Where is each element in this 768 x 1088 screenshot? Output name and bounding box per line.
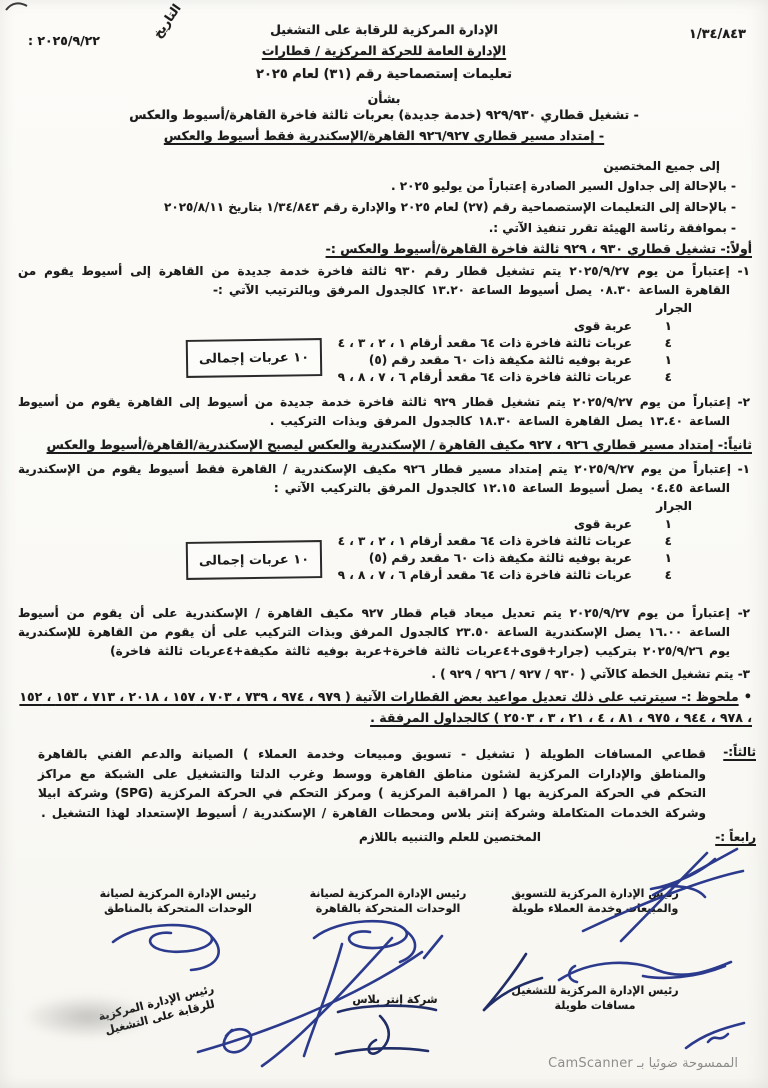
section4-body: المختصين للعلم والتنبيه باللازم: [335, 830, 565, 844]
document-title: تعليمات إستصماحية رقم (٣١) لعام ٢٠٢٥: [214, 67, 554, 82]
wagon-qty: ١: [632, 352, 672, 369]
wagon-qty: ١: [632, 550, 672, 567]
signature-scrawl-camscanner-mark: [680, 1018, 752, 1054]
wagon-desc: عربات ثالثة فاخرة ذات ٦٤ مقعد أرقام ٦ ، …: [338, 369, 632, 386]
section3-body: قطاعي المسافات الطويلة ( تشغيل - تسويق و…: [38, 745, 706, 823]
wagon-desc: عربات ثالثة فاخرة ذات ٦٤ مقعد أرقام ٦ ، …: [338, 567, 632, 584]
reference-item-3: - بموافقة رئاسة الهيئة تقرر تنفيذ الآتي …: [489, 221, 736, 235]
signature-scrawl-row2-mid: [330, 1000, 450, 1062]
subject-line-2: - إمتداد مسير قطاري ٩٢٦/٩٢٧ القاهرة/الإس…: [84, 128, 684, 143]
wagon-qty: ٤: [632, 335, 672, 352]
section1-total-wagons-box: ١٠ عربات إجمالى: [186, 338, 323, 378]
note-text: ملحوظ :- سيترتب على ذلك تعديل مواعيد بعض…: [19, 689, 752, 725]
wagon-qty: ١: [632, 516, 672, 533]
section4-label: رابعاً :-: [715, 830, 756, 844]
wagon-qty: ٤: [632, 533, 672, 550]
date-label: التاريخ: [150, 1, 183, 40]
scanned-document-page: ١/٣٤/٨٤٣ : ٢٠٢٥/٩/٢٢ التاريخ الإدارة الم…: [0, 0, 768, 1088]
signature-scrawl-row1-right: [555, 843, 750, 943]
reference-item-2: - بالإحالة إلى التعليمات الإستصماحية رقم…: [164, 200, 736, 214]
signature-title-line: رئيس الإدارة المركزية لصيانة: [68, 886, 288, 901]
section2-total-wagons-box: ١٠ عربات إجمالى: [186, 540, 323, 580]
wagon-desc: عربات ثالثة فاخرة ذات ٦٤ مقعد أرقام ١ ، …: [338, 335, 632, 352]
wagon-qty: ١: [632, 318, 672, 335]
section2-item1: ١- إعتباراً من يوم ٢٠٢٥/٩/٢٧ يتم إمتداد …: [18, 460, 750, 498]
note-block: • ملحوظ :- سيترتب على ذلك تعديل مواعيد ب…: [14, 686, 752, 728]
wagon-desc: عربة قوى: [574, 516, 632, 533]
section3-label: ثالثاً:-: [723, 745, 756, 759]
section2-heading: ثانياً:- إمتداد مسير قطاري ٩٢٦ ، ٩٢٧ مكي…: [47, 437, 752, 452]
salutation: إلى جميع المختصين: [603, 159, 720, 173]
signature-scrawl-check: [470, 948, 550, 1018]
header-regarding: بشأن: [214, 91, 554, 106]
date-value: : ٢٠٢٥/٩/٢٢: [28, 33, 100, 48]
composition-row: ١ عربة قوى: [232, 318, 672, 335]
section2-item3: ٣- يتم تشغيل الخطة كالآتي ( ٩٣٠ / ٩٢٧ / …: [431, 667, 750, 681]
composition-row: ١ عربة قوى: [232, 516, 672, 533]
header-admin-line1: الإدارة المركزية للرقابة على التشغيل: [214, 22, 554, 37]
scan-smudge: [22, 995, 154, 1039]
section1-item1: ١- إعتباراً من يوم ٢٠٢٥/٩/٢٧ يتم تشغيل ق…: [18, 262, 750, 300]
signature-scrawl-row2-right: [545, 950, 745, 992]
section2-item2: ٢- إعتباراً من يوم ٢٠٢٥/٩/٢٧ يتم تعديل م…: [18, 604, 750, 661]
wagon-desc: عربة قوى: [574, 318, 632, 335]
header-admin-line2: الإدارة العامة للحركة المركزية / قطارات: [214, 43, 554, 58]
camscanner-watermark: الممسوحة ضوئيا بـ CamScanner: [548, 1056, 738, 1071]
scan-artifact-mark: [4, 0, 30, 14]
section2-loco-label: الجرار: [656, 499, 692, 513]
wagon-qty: ٤: [632, 567, 672, 584]
wagon-desc: عربة بوفيه ثالثة مكيفة ذات ٦٠ مقعد رقم (…: [369, 550, 632, 567]
section1-loco-label: الجرار: [656, 301, 692, 315]
reference-number: ١/٣٤/٨٤٣: [689, 27, 746, 42]
wagon-qty: ٤: [632, 369, 672, 386]
reference-item-1: - بالإحالة إلى جداول السير الصادرة إعتبا…: [391, 179, 736, 193]
section1-item2: ٢- إعتباراً من يوم ٢٠٢٥/٩/٢٧ يتم تشغيل ق…: [18, 393, 750, 431]
wagon-desc: عربات ثالثة فاخرة ذات ٦٤ مقعد أرقام ١ ، …: [338, 533, 632, 550]
subject-line-1: - تشغيل قطاري ٩٢٩/٩٣٠ (خدمة جديدة) بعربا…: [84, 107, 684, 122]
signature-title-line: رئيس الإدارة المركزية لصيانة: [278, 886, 498, 901]
wagon-desc: عربة بوفيه ثالثة مكيفة ذات ٦٠ مقعد رقم (…: [369, 352, 632, 369]
section1-heading: أولاً:- تشغيل قطاري ٩٣٠ ، ٩٢٩ ثالثة فاخر…: [326, 241, 752, 256]
note-bullet: •: [744, 690, 752, 705]
